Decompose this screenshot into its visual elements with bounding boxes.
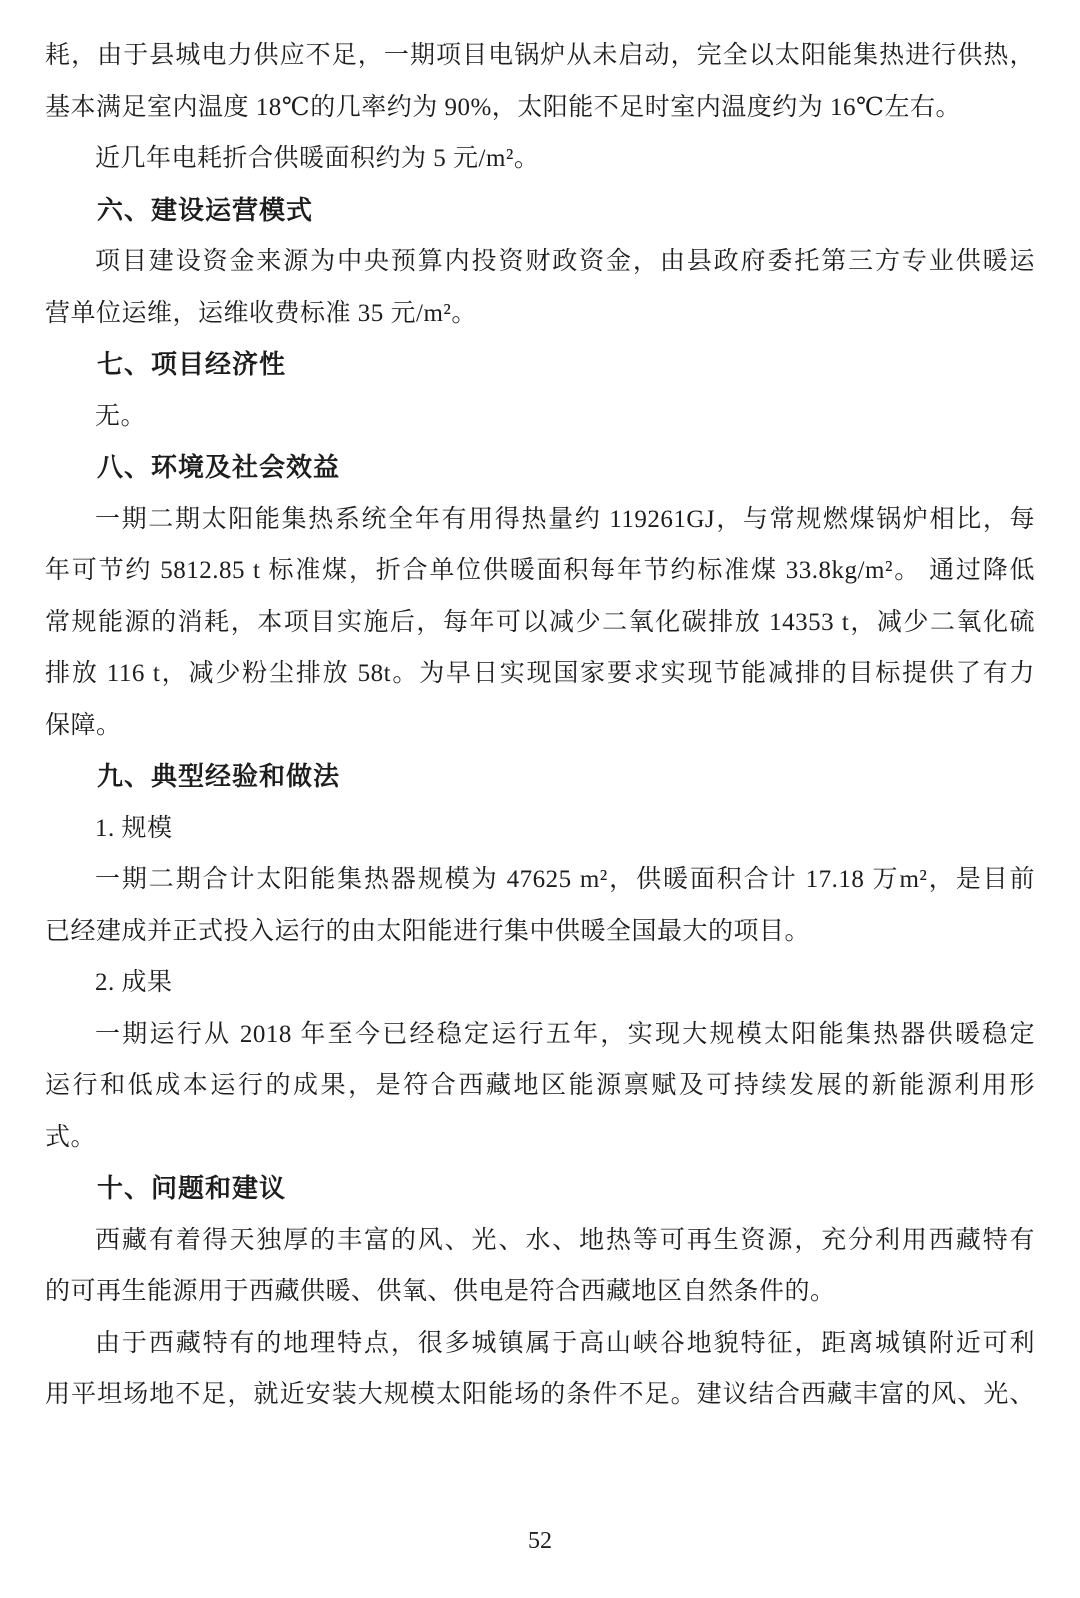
- body-text-line: 常规能源的消耗，本项目实施后，每年可以减少二氧化碳排放 14353 t，减少二氧…: [45, 597, 1035, 649]
- body-text-line: 排放 116 t，减少粉尘排放 58t。为早日实现国家要求实现节能减排的目标提供…: [45, 648, 1035, 700]
- body-text-line: 耗，由于县城电力供应不足，一期项目电锅炉从未启动，完全以太阳能集热进行供热，: [45, 30, 1035, 82]
- body-text-line: 运行和低成本运行的成果，是符合西藏地区能源禀赋及可持续发展的新能源利用形: [45, 1060, 1035, 1112]
- section-heading-9: 九、典型经验和做法: [45, 751, 1035, 803]
- body-text-line: 由于西藏特有的地理特点，很多城镇属于高山峡谷地貌特征，距离城镇附近可利: [45, 1318, 1035, 1370]
- section-heading-8: 八、环境及社会效益: [45, 442, 1035, 494]
- body-text-line: 基本满足室内温度 18℃的几率约为 90%，太阳能不足时室内温度约为 16℃左右…: [45, 82, 1035, 134]
- body-text-line: 一期二期太阳能集热系统全年有用得热量约 119261GJ，与常规燃煤锅炉相比，每: [45, 494, 1035, 546]
- document-page: 耗，由于县城电力供应不足，一期项目电锅炉从未启动，完全以太阳能集热进行供热， 基…: [0, 0, 1080, 1598]
- page-number: 52: [0, 1528, 1080, 1555]
- document-body: 耗，由于县城电力供应不足，一期项目电锅炉从未启动，完全以太阳能集热进行供热， 基…: [45, 30, 1035, 1421]
- section-heading-7: 七、项目经济性: [45, 339, 1035, 391]
- body-text-line: 西藏有着得天独厚的丰富的风、光、水、地热等可再生资源，充分利用西藏特有: [45, 1215, 1035, 1267]
- body-text-line: 保障。: [45, 700, 1035, 752]
- body-text-line: 已经建成并正式投入运行的由太阳能进行集中供暖全国最大的项目。: [45, 906, 1035, 958]
- body-text-line: 一期二期合计太阳能集热器规模为 47625 m²，供暖面积合计 17.18 万m…: [45, 854, 1035, 906]
- list-item-label: 1. 规模: [45, 803, 1035, 855]
- list-item-label: 2. 成果: [45, 957, 1035, 1009]
- body-text-line: 年可节约 5812.85 t 标准煤，折合单位供暖面积每年节约标准煤 33.8k…: [45, 545, 1035, 597]
- section-heading-10: 十、问题和建议: [45, 1163, 1035, 1215]
- body-text-line: 式。: [45, 1112, 1035, 1164]
- body-text-line: 无。: [45, 391, 1035, 443]
- body-text-line: 用平坦场地不足，就近安装大规模太阳能场的条件不足。建议结合西藏丰富的风、光、: [45, 1369, 1035, 1421]
- body-text-line: 的可再生能源用于西藏供暖、供氧、供电是符合西藏地区自然条件的。: [45, 1266, 1035, 1318]
- body-text-line: 近几年电耗折合供暖面积约为 5 元/m²。: [45, 133, 1035, 185]
- body-text-line: 一期运行从 2018 年至今已经稳定运行五年，实现大规模太阳能集热器供暖稳定: [45, 1009, 1035, 1061]
- body-text-line: 营单位运维，运维收费标准 35 元/m²。: [45, 288, 1035, 340]
- section-heading-6: 六、建设运营模式: [45, 185, 1035, 237]
- body-text-line: 项目建设资金来源为中央预算内投资财政资金，由县政府委托第三方专业供暖运: [45, 236, 1035, 288]
